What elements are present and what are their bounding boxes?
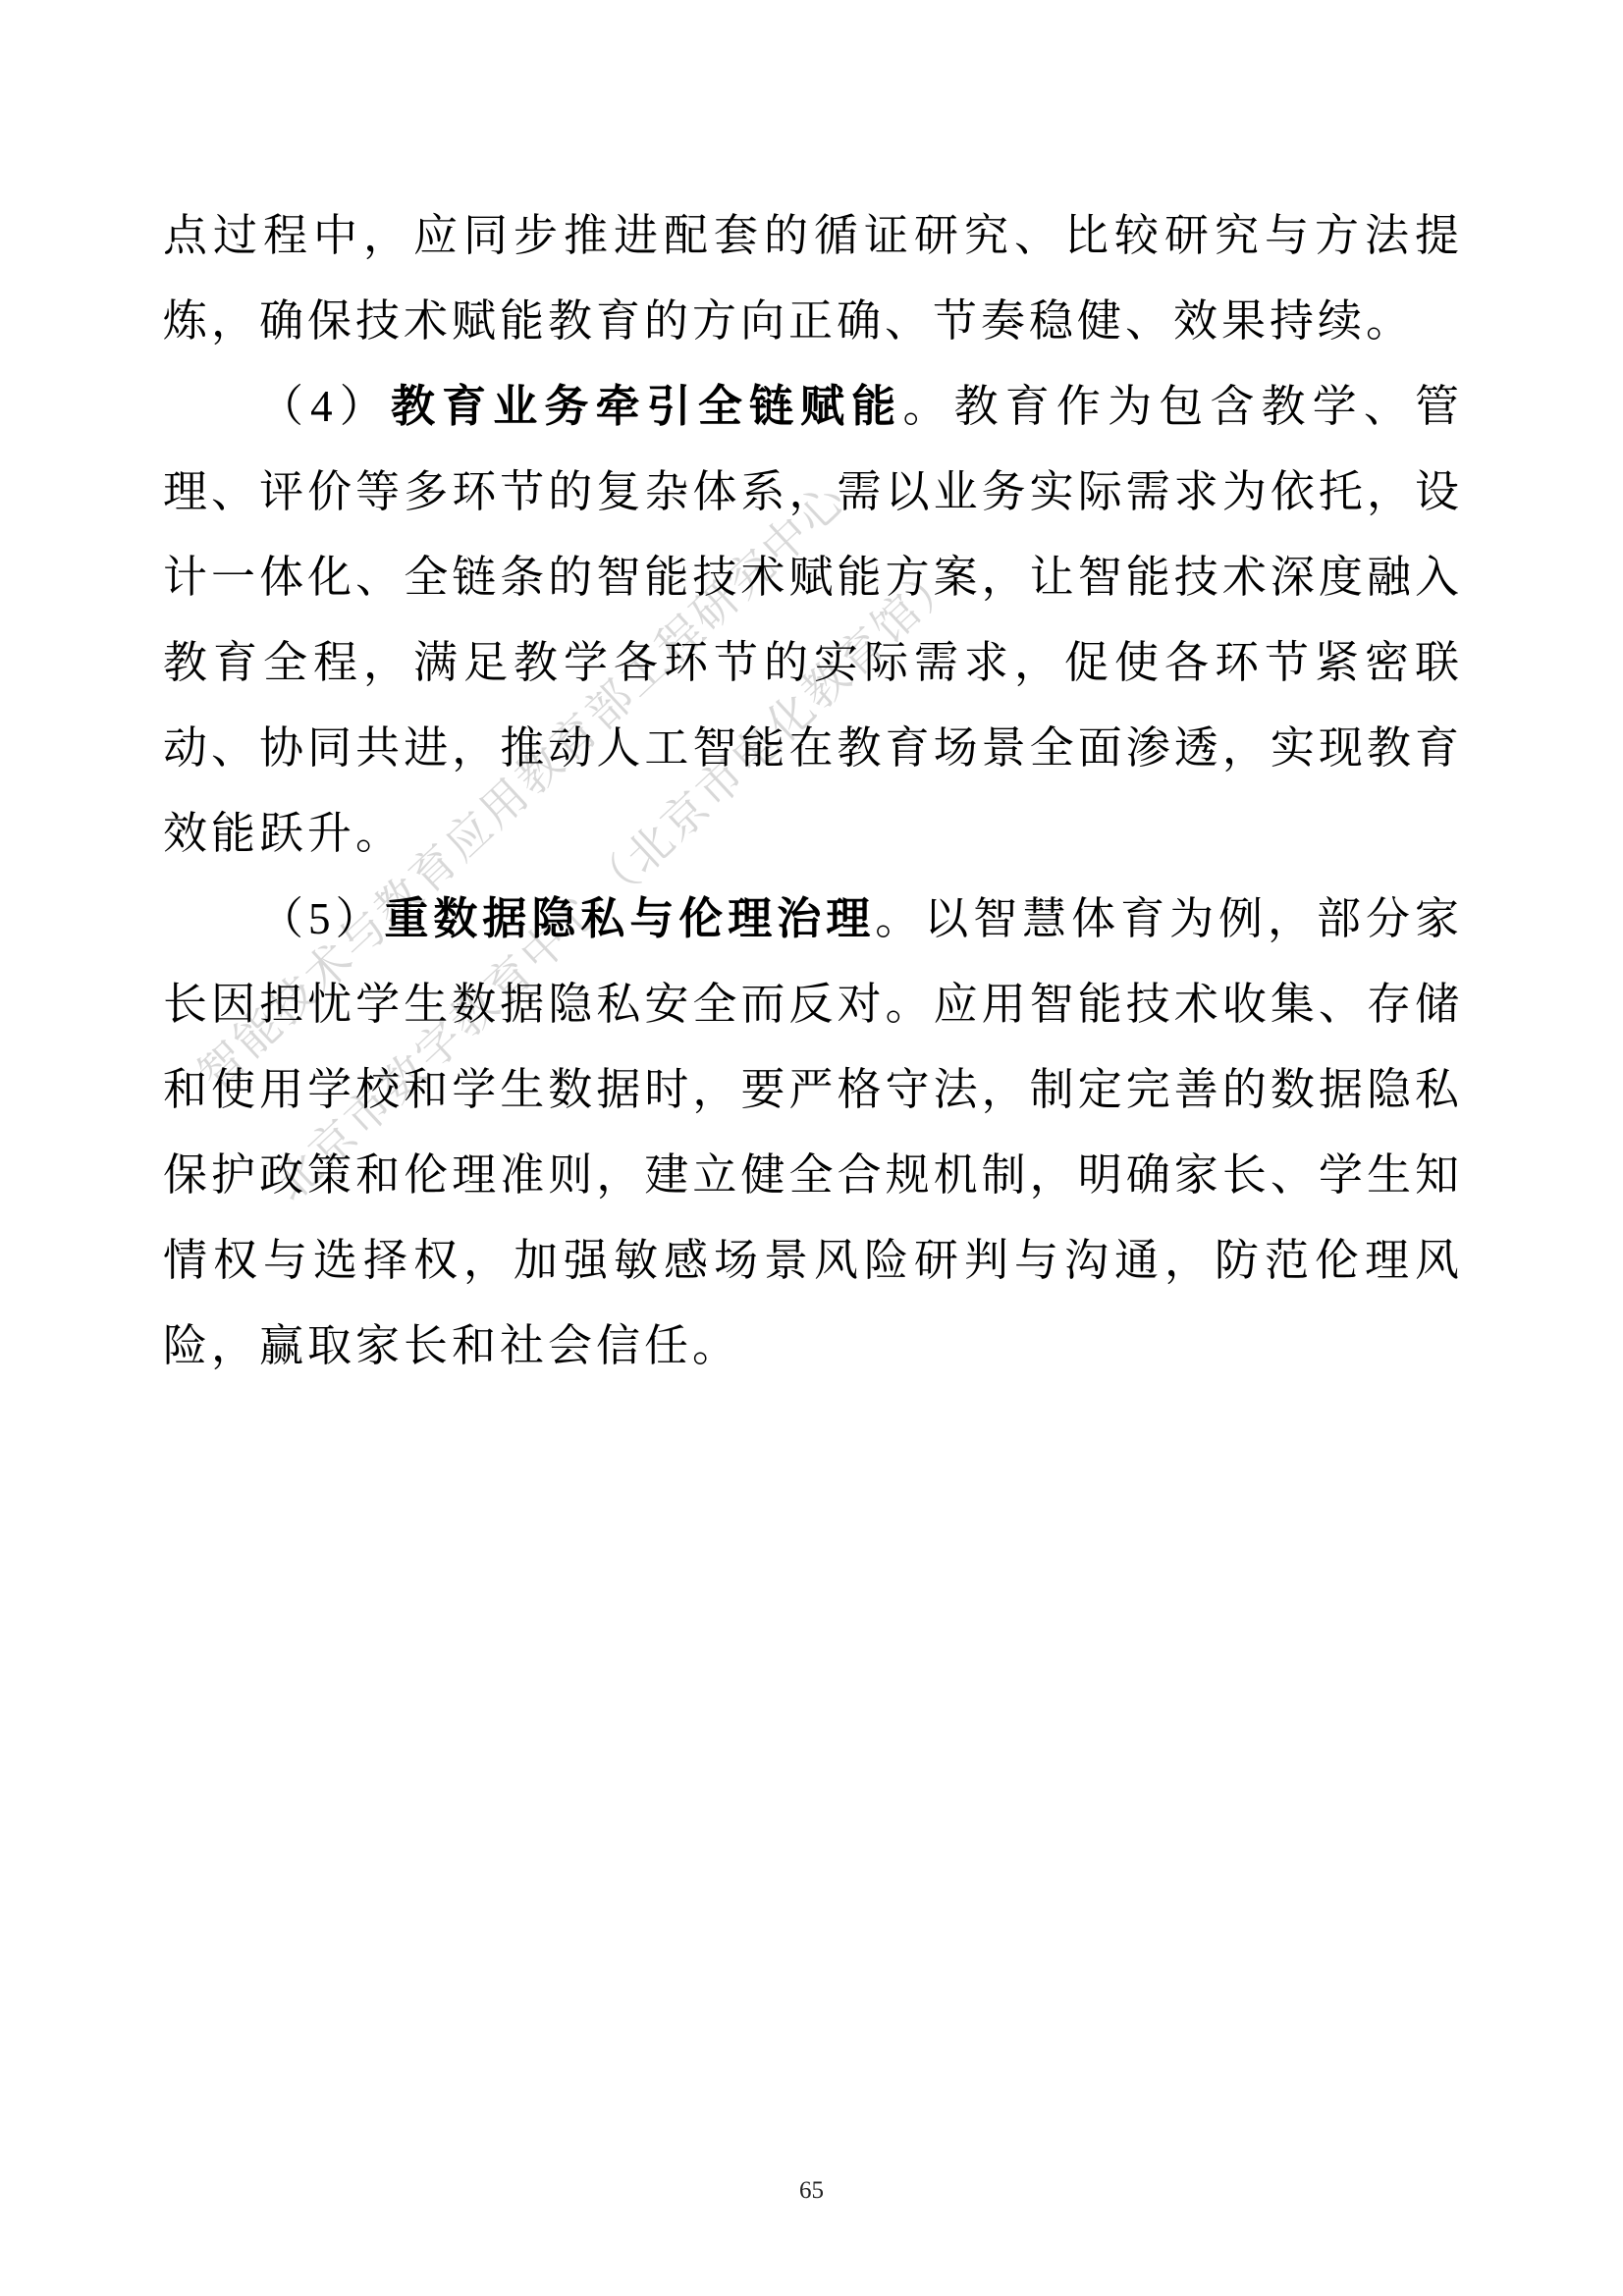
paragraph-continuation: 点过程中，应同步推进配套的循证研究、比较研究与方法提炼，确保技术赋能教育的方向正… xyxy=(163,193,1463,364)
page-body-text: 点过程中，应同步推进配套的循证研究、比较研究与方法提炼，确保技术赋能教育的方向正… xyxy=(0,0,1623,1389)
page-number: 65 xyxy=(0,2177,1623,2205)
paragraph-heading: 教育业务牵引全链赋能 xyxy=(391,382,903,431)
paragraph-number: （5） xyxy=(259,894,384,943)
paragraph-text: 。以智慧体育为例，部分家长因担忧学生数据隐私安全而反对。应用智能技术收集、存储和… xyxy=(163,894,1463,1370)
paragraph-text: 点过程中，应同步推进配套的循证研究、比较研究与方法提炼，确保技术赋能教育的方向正… xyxy=(163,211,1463,346)
paragraph-number: （4） xyxy=(259,382,391,431)
paragraph-text: 。教育作为包含教学、管理、评价等多环节的复杂体系，需以业务实际需求为依托，设计一… xyxy=(163,382,1463,858)
paragraph-item-5: （5）重数据隐私与伦理治理。以智慧体育为例，部分家长因担忧学生数据隐私安全而反对… xyxy=(163,877,1463,1389)
document-page: 智能技术与教育应用教育部工程研究中心 北京市数字教育中心（北京市电化教育馆） 点… xyxy=(0,0,1623,2296)
paragraph-item-4: （4）教育业务牵引全链赋能。教育作为包含教学、管理、评价等多环节的复杂体系，需以… xyxy=(163,364,1463,877)
paragraph-heading: 重数据隐私与伦理治理 xyxy=(384,894,875,943)
